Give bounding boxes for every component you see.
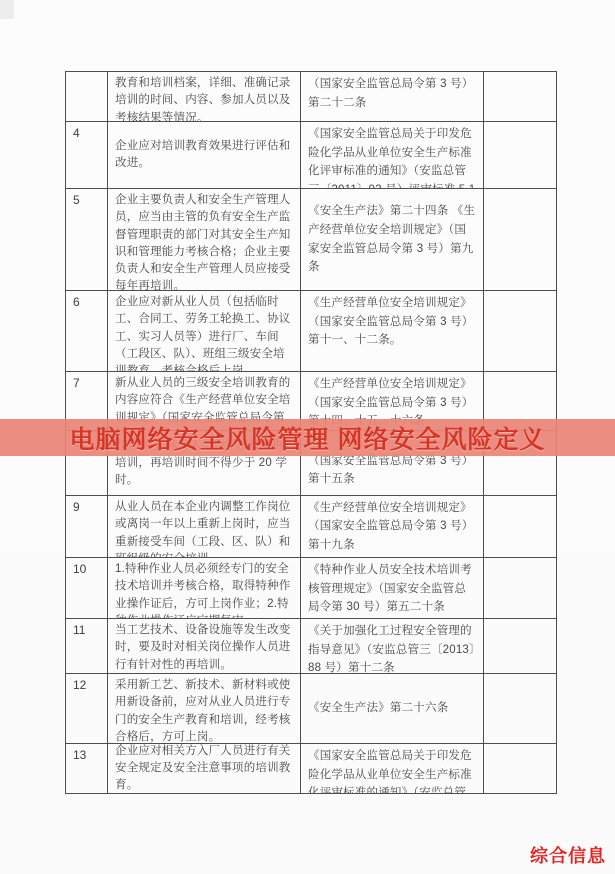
- remark-cell: [484, 619, 557, 673]
- remark-cell: [484, 122, 557, 188]
- remark-cell: [484, 496, 557, 557]
- remark-cell: [484, 744, 557, 793]
- requirement-cell: 企业主要负责人和安全生产管理人员，应当由主管的负有安全生产监督管理职责的部门对其…: [108, 189, 301, 290]
- row-number-cell: [66, 72, 108, 121]
- requirement-cell: 企业应对相关方入厂人员进行有关安全规定及安全注意事项的培训教育。: [108, 744, 301, 793]
- remark-cell: [484, 674, 557, 743]
- requirement-cell: 当工艺技术、设备设施等发生改变时，要及时对相关岗位操作人员进行有针对性的再培训。: [108, 619, 301, 673]
- requirement-cell: 教育和培训档案，详细、准确记录培训的时间、内容、参加人员以及考核结果等情况。: [108, 72, 301, 121]
- row-number-cell: 13: [66, 744, 108, 793]
- requirement-cell: 企业应对新从业人员（包括临时工、合同工、劳务工轮换工、协议工、实习人员等）进行厂…: [108, 291, 301, 371]
- legal-basis-cell: 《生产经营单位安全培训规定》（国家安全监管总局令第 3 号）第十一、十二条。: [301, 291, 484, 371]
- remark-cell: [484, 558, 557, 618]
- legal-basis-cell: 《国家安全监管总局关于印发危险化学品从业单位安全生产标准化评审标准的通知》（安监…: [301, 744, 484, 793]
- remark-cell: [484, 72, 557, 121]
- legal-basis-cell: 《安全生产法》第二十六条: [301, 674, 484, 743]
- overlay-title-text: 电脑网络安全风险管理 网络安全风险定义: [70, 420, 546, 456]
- table-row: 5 企业主要负责人和安全生产管理人员，应当由主管的负有安全生产监督管理职责的部门…: [66, 189, 557, 291]
- legal-basis-cell: 《生产经营单位安全培训规定》（国家安全监管总局令第 3 号）第十九条: [301, 496, 484, 557]
- requirement-cell: 从业人员在本企业内调整工作岗位或离岗一年以上重新上岗时，应当重新接受车间（工段、…: [108, 496, 301, 557]
- table-row: 4 企业应对培训教育效果进行评估和改进。 《国家安全监管总局关于印发危险化学品从…: [66, 122, 557, 189]
- row-number-cell: 12: [66, 674, 108, 743]
- legal-basis-cell: 《安全生产法》第二十四条 《生产经营单位安全培训规定》（国家安全监管总局令第 3…: [301, 189, 484, 290]
- legal-basis-cell: 《国家安全监管总局关于印发危险化学品从业单位安全生产标准化评审标准的通知》（安监…: [301, 122, 484, 188]
- table-row: 教育和培训档案，详细、准确记录培训的时间、内容、参加人员以及考核结果等情况。 （…: [66, 72, 557, 122]
- legal-basis-cell: （国家安全监管总局令第 3 号）第二十二条: [301, 72, 484, 121]
- scan-corner-artifact: [0, 0, 14, 19]
- remark-cell: [484, 189, 557, 290]
- row-number-cell: 11: [66, 619, 108, 673]
- requirement-cell: 企业应对培训教育效果进行评估和改进。: [108, 122, 301, 188]
- remark-cell: [484, 291, 557, 371]
- legal-basis-cell: 《特种作业人员安全技术培训考核管理规定》（国家安全监管总局令第 30 号）第五二…: [301, 558, 484, 618]
- category-tag: 综合信息: [530, 842, 606, 868]
- table-row: 11 当工艺技术、设备设施等发生改变时，要及时对相关岗位操作人员进行有针对性的再…: [66, 619, 557, 674]
- table-row: 13 企业应对相关方入厂人员进行有关安全规定及安全注意事项的培训教育。 《国家安…: [66, 744, 557, 794]
- overlay-title-banner: 电脑网络安全风险管理 网络安全风险定义: [0, 419, 615, 456]
- row-number-cell: 4: [66, 122, 108, 188]
- table-row: 9 从业人员在本企业内调整工作岗位或离岗一年以上重新上岗时，应当重新接受车间（工…: [66, 496, 557, 558]
- row-number-cell: 9: [66, 496, 108, 557]
- row-number-cell: 10: [66, 558, 108, 618]
- requirement-cell: 采用新工艺、新技术、新材料或使用新设备前，应对从业人员进行专门的安全生产教育和培…: [108, 674, 301, 743]
- requirement-cell: 1.特种作业人员必须经专门的安全技术培训并考核合格，取得特种作业操作证后，方可上…: [108, 558, 301, 618]
- table-row: 6 企业应对新从业人员（包括临时工、合同工、劳务工轮换工、协议工、实习人员等）进…: [66, 291, 557, 372]
- row-number-cell: 6: [66, 291, 108, 371]
- legal-basis-cell: 《关于加强化工过程安全管理的指导意见》（安监总管三〔2013〕88 号）第十二条: [301, 619, 484, 673]
- table-row: 10 1.特种作业人员必须经专门的安全技术培训并考核合格，取得特种作业操作证后，…: [66, 558, 557, 619]
- table-row: 12 采用新工艺、新技术、新材料或使用新设备前，应对从业人员进行专门的安全生产教…: [66, 674, 557, 744]
- scanned-document-page: 教育和培训档案，详细、准确记录培训的时间、内容、参加人员以及考核结果等情况。 （…: [0, 0, 615, 874]
- row-number-cell: 5: [66, 189, 108, 290]
